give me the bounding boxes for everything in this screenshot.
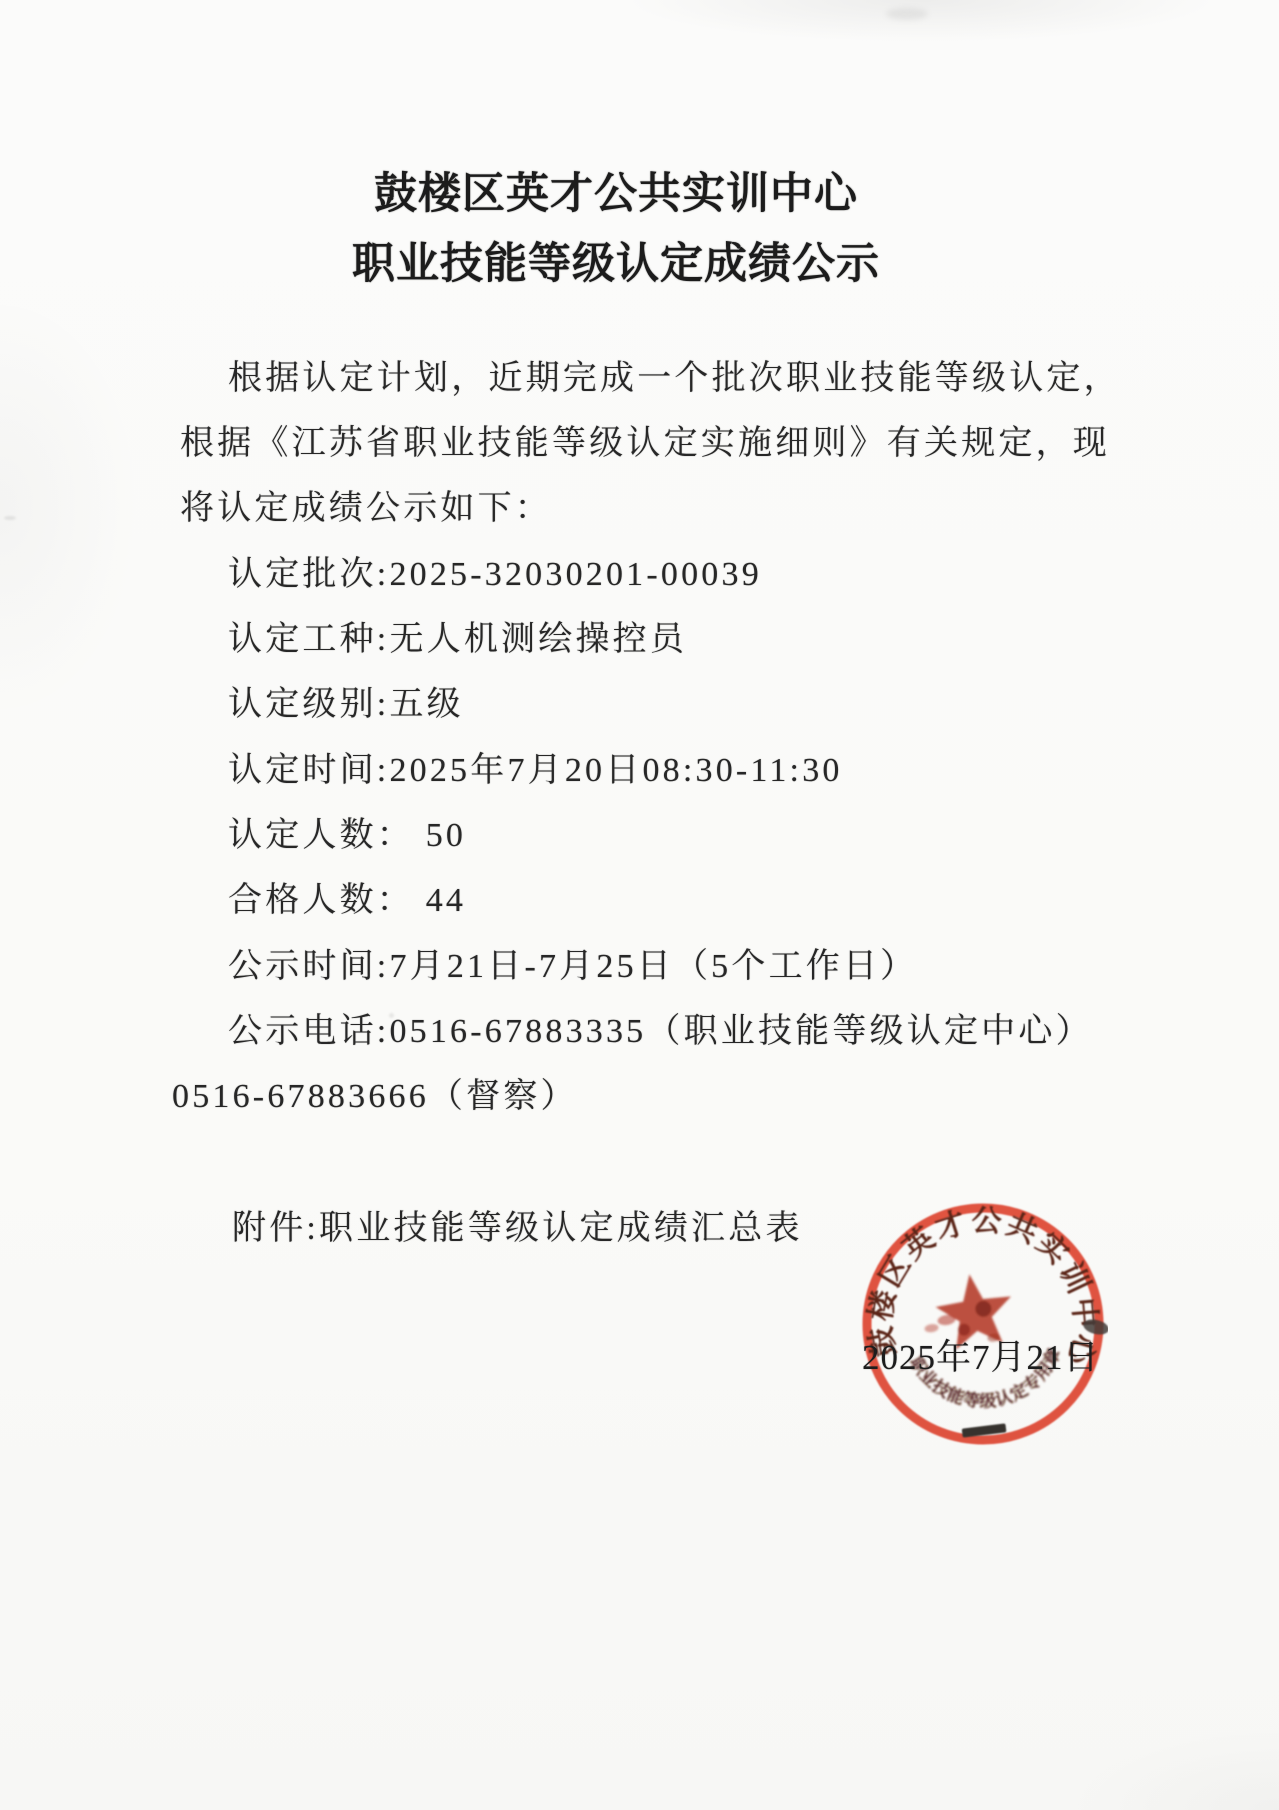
detail-line-occupation: 认定工种:无人机测绘操控员 — [228, 611, 687, 660]
paragraph-line-3: 将认定成绩公示如下： — [180, 480, 552, 529]
scan-artifact — [886, 8, 928, 20]
paragraph-line-2: 根据《江苏省职业技能等级认定实施细则》有关规定，现 — [180, 415, 1110, 464]
detail-line-phone-2: 0516-67883666（督察） — [172, 1068, 578, 1117]
detail-line-phone-1: 公示电话:0516-67883335（职业技能等级认定中心） — [228, 1003, 1093, 1052]
official-seal: 鼓楼区英才公共实训中心 职业技能等级认定专用章 — [858, 1198, 1108, 1448]
detail-line-passed: 合格人数： 44 — [228, 872, 466, 921]
detail-line-candidates: 认定人数： 50 — [228, 807, 466, 856]
detail-line-time: 认定时间:2025年7月20日08:30-11:30 — [228, 742, 843, 791]
detail-line-publicity-period: 公示时间:7月21日-7月25日（5个工作日） — [228, 938, 917, 987]
attachment-line: 附件:职业技能等级认定成绩汇总表 — [232, 1200, 803, 1249]
scanned-notice-page: 鼓楼区英才公共实训中心 职业技能等级认定成绩公示 根据认定计划，近期完成一个批次… — [0, 0, 1279, 1810]
page-title-line-1: 鼓楼区英才公共实训中心 — [0, 160, 1232, 221]
detail-line-level: 认定级别:五级 — [228, 676, 464, 725]
page-title-line-2: 职业技能等级认定成绩公示 — [0, 230, 1232, 291]
issue-date: 2025年7月21日 — [862, 1330, 1100, 1380]
scan-artifact — [4, 516, 16, 520]
paragraph-line-1: 根据认定计划，近期完成一个批次职业技能等级认定， — [228, 350, 1121, 399]
detail-line-batch: 认定批次:2025-32030201-00039 — [228, 546, 762, 595]
